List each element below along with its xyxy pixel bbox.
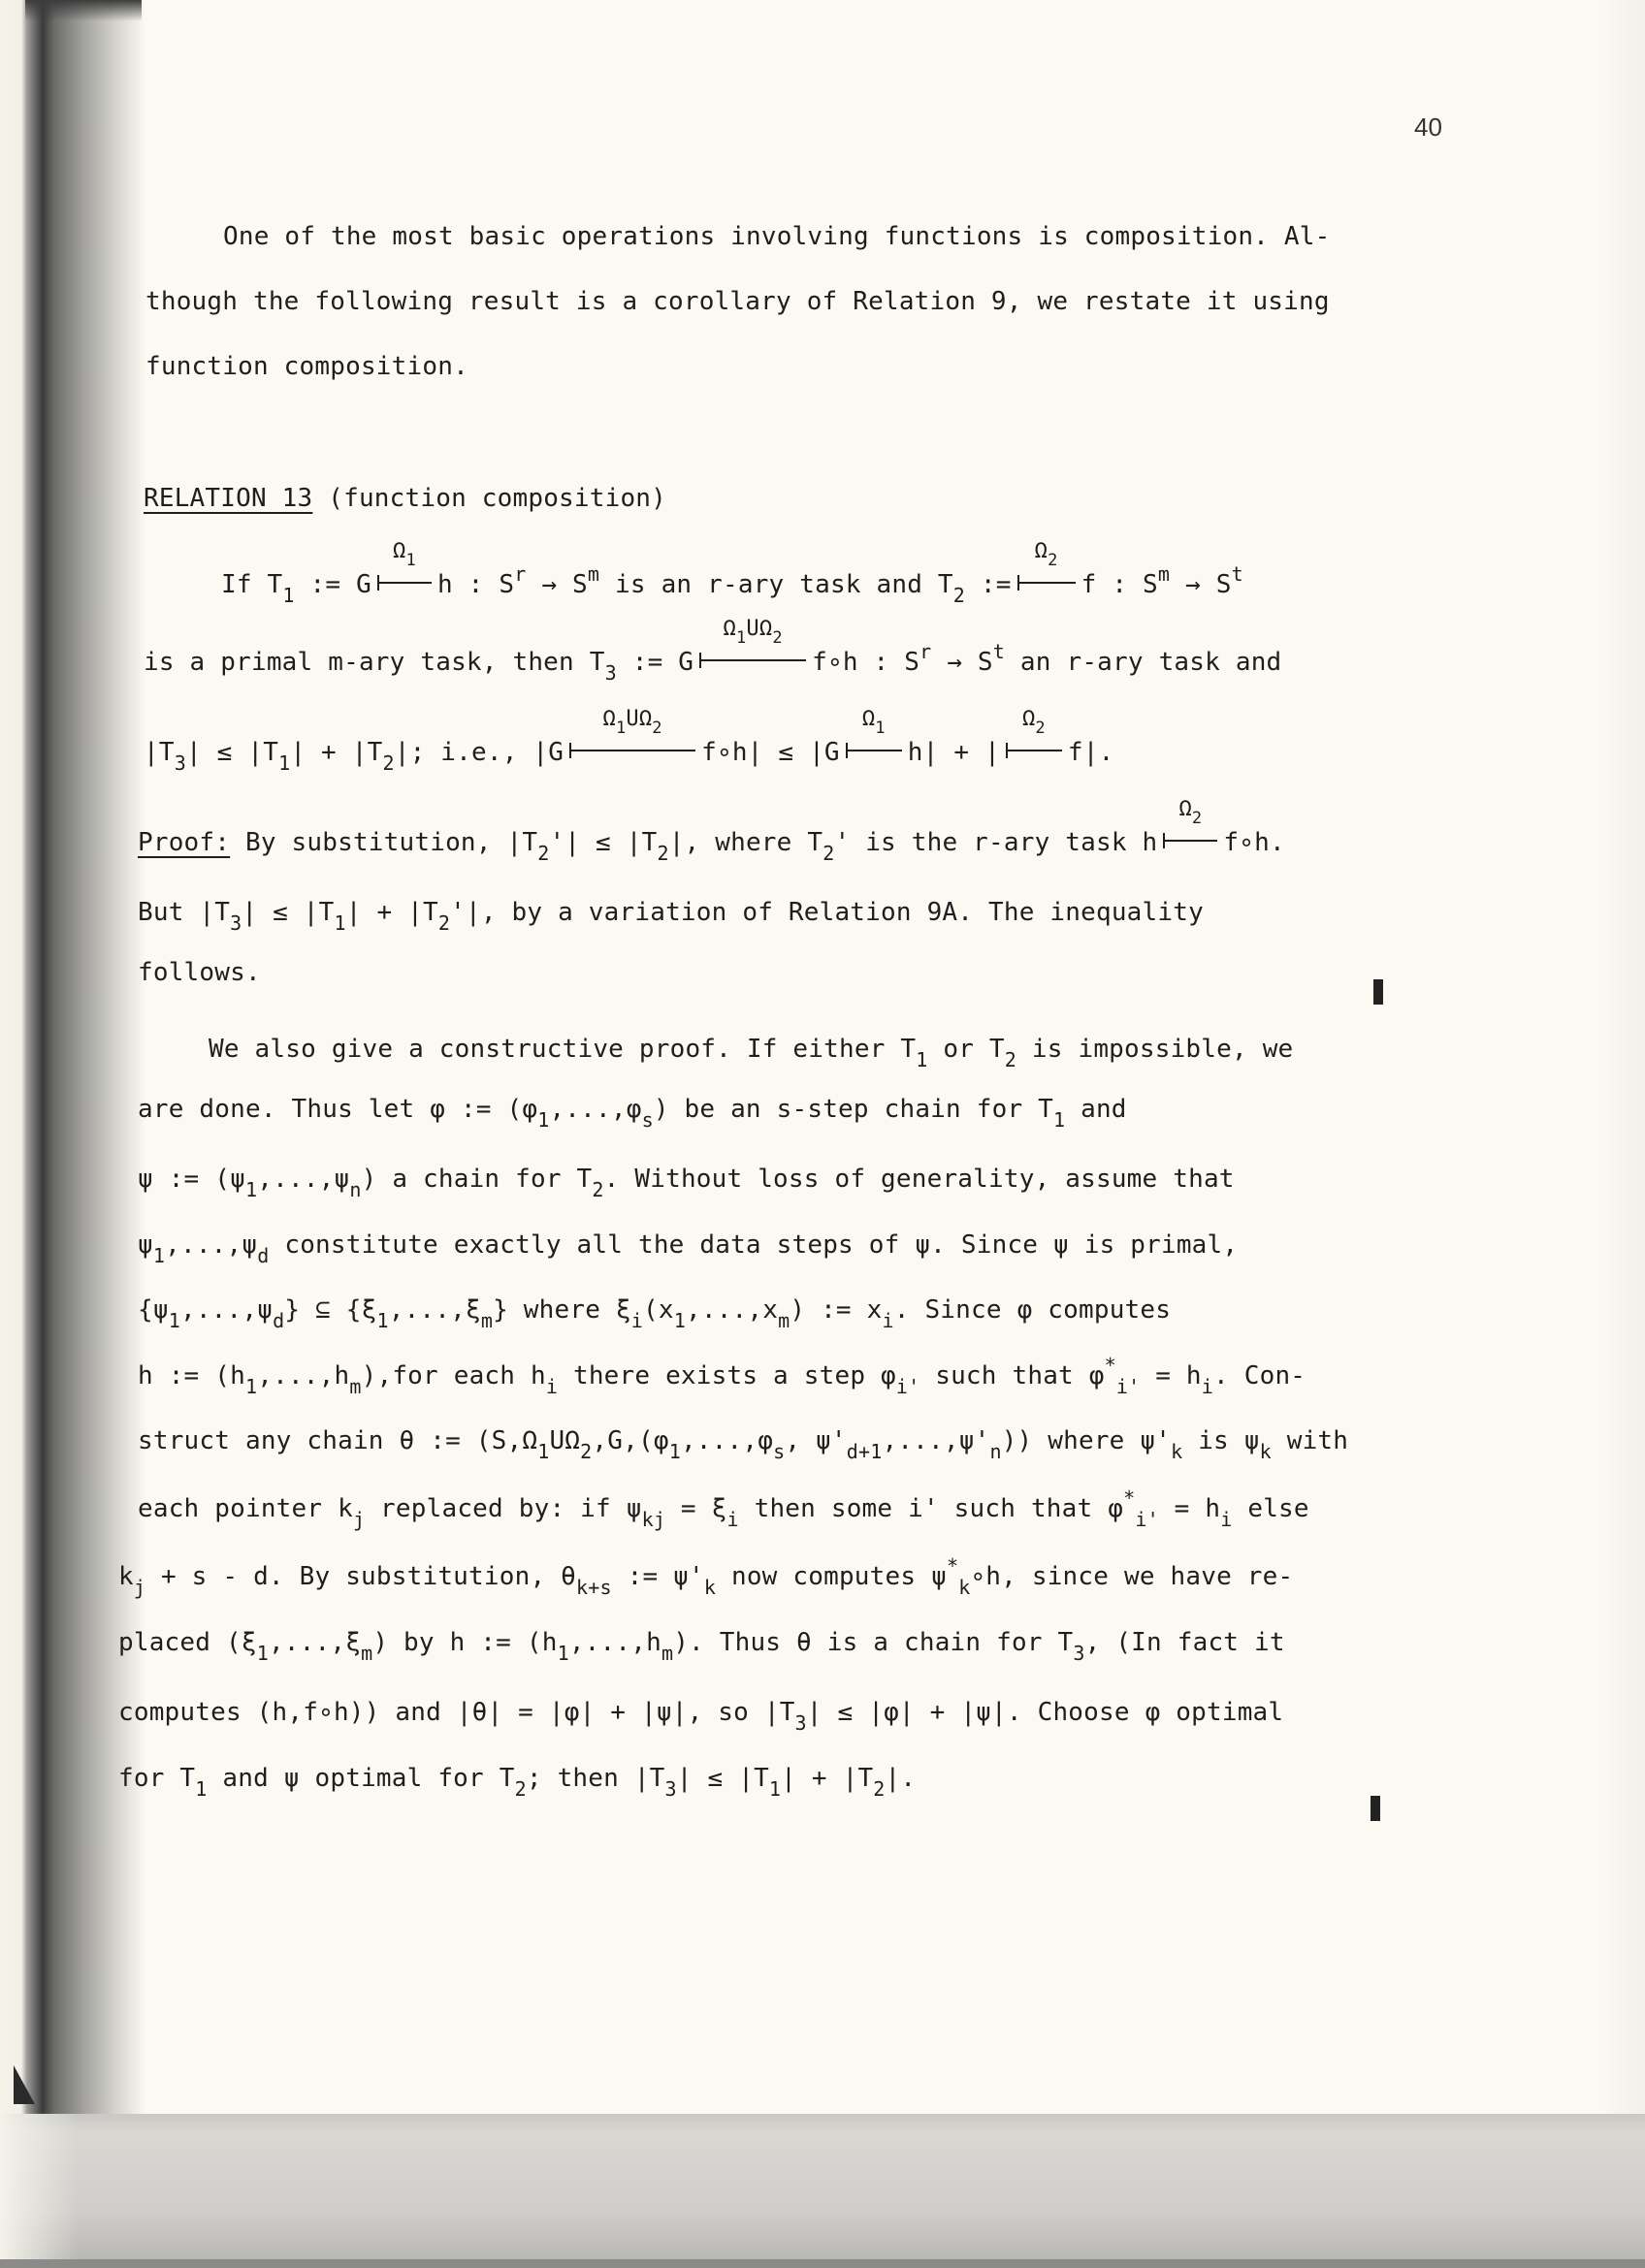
constructive-line-12: for T1 and ψ optimal for T2; then |T3| ≤… xyxy=(118,1763,916,1794)
proof-line-2: But |T3| ≤ |T1| + |T2'|, by a variation … xyxy=(138,897,1204,928)
relation-subtitle: (function composition) xyxy=(312,484,666,513)
relation-statement-line-3: |T3| ≤ |T1| + |T2|; i.e., |GΩ1UΩ2f∘h| ≤ … xyxy=(144,737,1113,768)
qed-marker-1 xyxy=(1373,979,1383,1005)
maps-to-arrow: Ω1 xyxy=(377,569,432,600)
scan-right-edge xyxy=(1600,0,1645,2268)
constructive-line-5: {ψ1,...,ψd} ⊆ {ξ1,...,ξm} where ξi(x1,..… xyxy=(138,1294,1171,1326)
constructive-line-8: each pointer kj replaced by: if ψkj = ξi… xyxy=(138,1493,1309,1524)
proof-line-3: follows. xyxy=(138,957,261,988)
maps-to-arrow: Ω2 xyxy=(1017,569,1076,600)
page-number: 40 xyxy=(1414,112,1442,143)
constructive-line-9: kj + s - d. By substitution, θk+s := ψ'k… xyxy=(118,1561,1293,1592)
constructive-line-10: placed (ξ1,...,ξm) by h := (h1,...,hm). … xyxy=(118,1627,1285,1658)
constructive-line-4: ψ1,...,ψd constitute exactly all the dat… xyxy=(138,1230,1238,1261)
maps-to-arrow: Ω2 xyxy=(1006,737,1062,768)
relation-title: RELATION 13 xyxy=(144,484,312,513)
constructive-line-7: struct any chain θ := (S,Ω1UΩ2,G,(φ1,...… xyxy=(138,1425,1348,1456)
relation-heading: RELATION 13 (function composition) xyxy=(144,483,666,514)
intro-line-1: One of the most basic operations involvi… xyxy=(223,221,1330,252)
qed-marker-2 xyxy=(1371,1796,1380,1821)
maps-to-arrow: Ω1UΩ2 xyxy=(699,647,806,678)
maps-to-arrow: Ω1 xyxy=(846,737,902,768)
constructive-line-1: We also give a constructive proof. If ei… xyxy=(209,1034,1293,1065)
proof-line-1-text: By substitution, |T2'| ≤ |T2|, where T2'… xyxy=(230,828,1285,857)
scan-bottom-edge xyxy=(0,2259,1645,2268)
maps-to-arrow: Ω2 xyxy=(1163,827,1217,858)
proof-label: Proof: xyxy=(138,828,230,857)
scan-bottom-shadow xyxy=(0,2114,1645,2268)
intro-line-2: though the following result is a corolla… xyxy=(145,286,1330,317)
relation-statement-line-2: is a primal m-ary task, then T3 := GΩ1UΩ… xyxy=(144,647,1281,678)
intro-line-3: function composition. xyxy=(145,351,468,382)
constructive-line-2: are done. Thus let φ := (φ1,...,φs) be a… xyxy=(138,1094,1127,1125)
scan-binding-shadow xyxy=(0,0,145,2114)
constructive-line-6: h := (h1,...,hm),for each hi there exist… xyxy=(138,1360,1306,1391)
constructive-line-11: computes (h,f∘h)) and |θ| = |φ| + |ψ|, s… xyxy=(118,1697,1283,1728)
scan-corner-mark xyxy=(14,2065,35,2104)
proof-line-1: Proof: By substitution, |T2'| ≤ |T2|, wh… xyxy=(138,827,1285,858)
scan-top-shadow xyxy=(25,0,142,21)
maps-to-arrow: Ω1UΩ2 xyxy=(569,737,695,768)
relation-statement-line-1: If T1 := GΩ1h : Sr → Sm is an r-ary task… xyxy=(221,569,1243,600)
constructive-line-3: ψ := (ψ1,...,ψn) a chain for T2. Without… xyxy=(138,1164,1235,1195)
